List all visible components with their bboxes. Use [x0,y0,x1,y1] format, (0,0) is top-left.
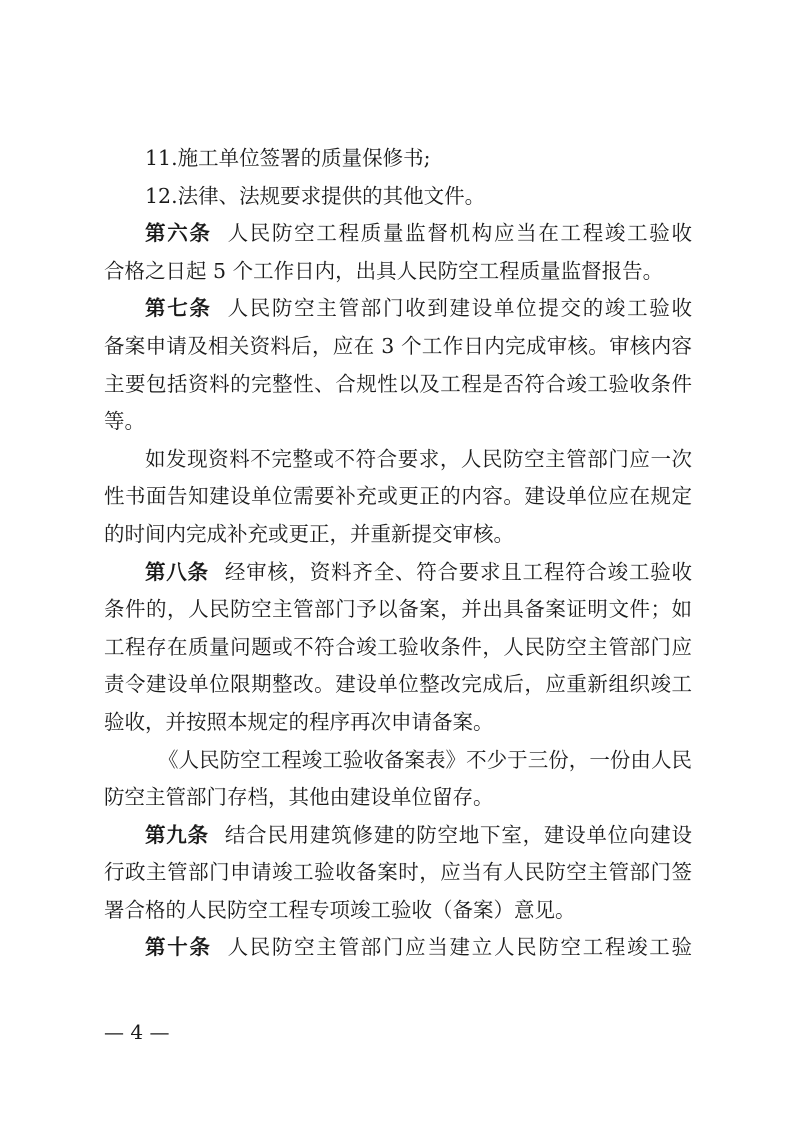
article-number: 第六条 [145,221,212,245]
line-text: 责令建设单位限期整改。建设单位整改完成后，应重新组织竣工 [104,672,692,696]
line-text: 合格之日起 5 个工作日内，出具人民防空工程质量监督报告。 [104,259,663,283]
article-heading-line: 第九条结合民用建筑修建的防空地下室，建设单位向建设 [104,817,692,855]
document-body: 11.施工单位签署的质量保修书;12.法律、法规要求提供的其他文件。第六条人民防… [104,140,692,967]
line-text: 工程存在质量问题或不符合竣工验收条件，人民防空主管部门应 [104,635,692,659]
article-heading-line: 第十条人民防空主管部门应当建立人民防空工程竣工验 [104,929,692,967]
text-line: 性书面告知建设单位需要补充或更正的内容。建设单位应在规定 [104,478,692,516]
article-number: 第十条 [145,935,212,959]
text-line: 合格之日起 5 个工作日内，出具人民防空工程质量监督报告。 [104,253,692,291]
text-line: 行政主管部门申请竣工验收备案时，应当有人民防空主管部门签 [104,854,692,892]
line-text: 署合格的人民防空工程专项竣工验收（备案）意见。 [104,898,576,922]
page-number: — 4 — [104,1020,169,1044]
line-text: 条件的，人民防空主管部门予以备案，并出具备案证明文件；如 [104,597,692,621]
text-line: 11.施工单位签署的质量保修书; [104,140,692,178]
article-number: 第九条 [145,823,209,847]
text-line: 备案申请及相关资料后，应在 3 个工作日内完成审核。审核内容 [104,328,692,366]
text-line: 主要包括资料的完整性、合规性以及工程是否符合竣工验收条件 [104,366,692,404]
line-text: 12.法律、法规要求提供的其他文件。 [145,184,485,208]
text-line: 验收，并按照本规定的程序再次申请备案。 [104,704,692,742]
text-line: 12.法律、法规要求提供的其他文件。 [104,178,692,216]
line-text: 主要包括资料的完整性、合规性以及工程是否符合竣工验收条件 [104,372,692,396]
text-line: 《人民防空工程竣工验收备案表》不少于三份，一份由人民 [104,742,692,780]
line-text: 性书面告知建设单位需要补充或更正的内容。建设单位应在规定 [104,484,692,508]
line-text: 人民防空主管部门应当建立人民防空工程竣工验 [228,935,692,959]
line-text: 结合民用建筑修建的防空地下室，建设单位向建设 [225,823,692,847]
line-text: 《人民防空工程竣工验收备案表》不少于三份，一份由人民 [158,748,692,772]
text-line: 署合格的人民防空工程专项竣工验收（备案）意见。 [104,892,692,930]
text-line: 的时间内完成补充或更正，并重新提交审核。 [104,516,692,554]
line-text: 的时间内完成补充或更正，并重新提交审核。 [104,522,514,546]
article-heading-line: 第七条人民防空主管部门收到建设单位提交的竣工验收 [104,290,692,328]
line-text: 经审核，资料齐全、符合要求且工程符合竣工验收 [225,560,692,584]
line-text: 备案申请及相关资料后，应在 3 个工作日内完成审核。审核内容 [104,334,692,358]
line-text: 防空主管部门存档，其他由建设单位留存。 [104,785,494,809]
text-line: 条件的，人民防空主管部门予以备案，并出具备案证明文件；如 [104,591,692,629]
line-text: 人民防空主管部门收到建设单位提交的竣工验收 [228,296,692,320]
line-text: 验收，并按照本规定的程序再次申请备案。 [104,710,494,734]
article-number: 第七条 [145,296,212,320]
text-line: 等。 [104,403,692,441]
text-line: 工程存在质量问题或不符合竣工验收条件，人民防空主管部门应 [104,629,692,667]
text-line: 如发现资料不完整或不符合要求，人民防空主管部门应一次 [104,441,692,479]
line-text: 如发现资料不完整或不符合要求，人民防空主管部门应一次 [145,447,692,471]
line-text: 行政主管部门申请竣工验收备案时，应当有人民防空主管部门签 [104,860,692,884]
article-number: 第八条 [145,560,209,584]
line-text: 等。 [104,409,145,433]
article-heading-line: 第八条经审核，资料齐全、符合要求且工程符合竣工验收 [104,554,692,592]
text-line: 责令建设单位限期整改。建设单位整改完成后，应重新组织竣工 [104,666,692,704]
line-text: 11.施工单位签署的质量保修书; [145,146,431,170]
text-line: 防空主管部门存档，其他由建设单位留存。 [104,779,692,817]
article-heading-line: 第六条人民防空工程质量监督机构应当在工程竣工验收 [104,215,692,253]
line-text: 人民防空工程质量监督机构应当在工程竣工验收 [228,221,692,245]
